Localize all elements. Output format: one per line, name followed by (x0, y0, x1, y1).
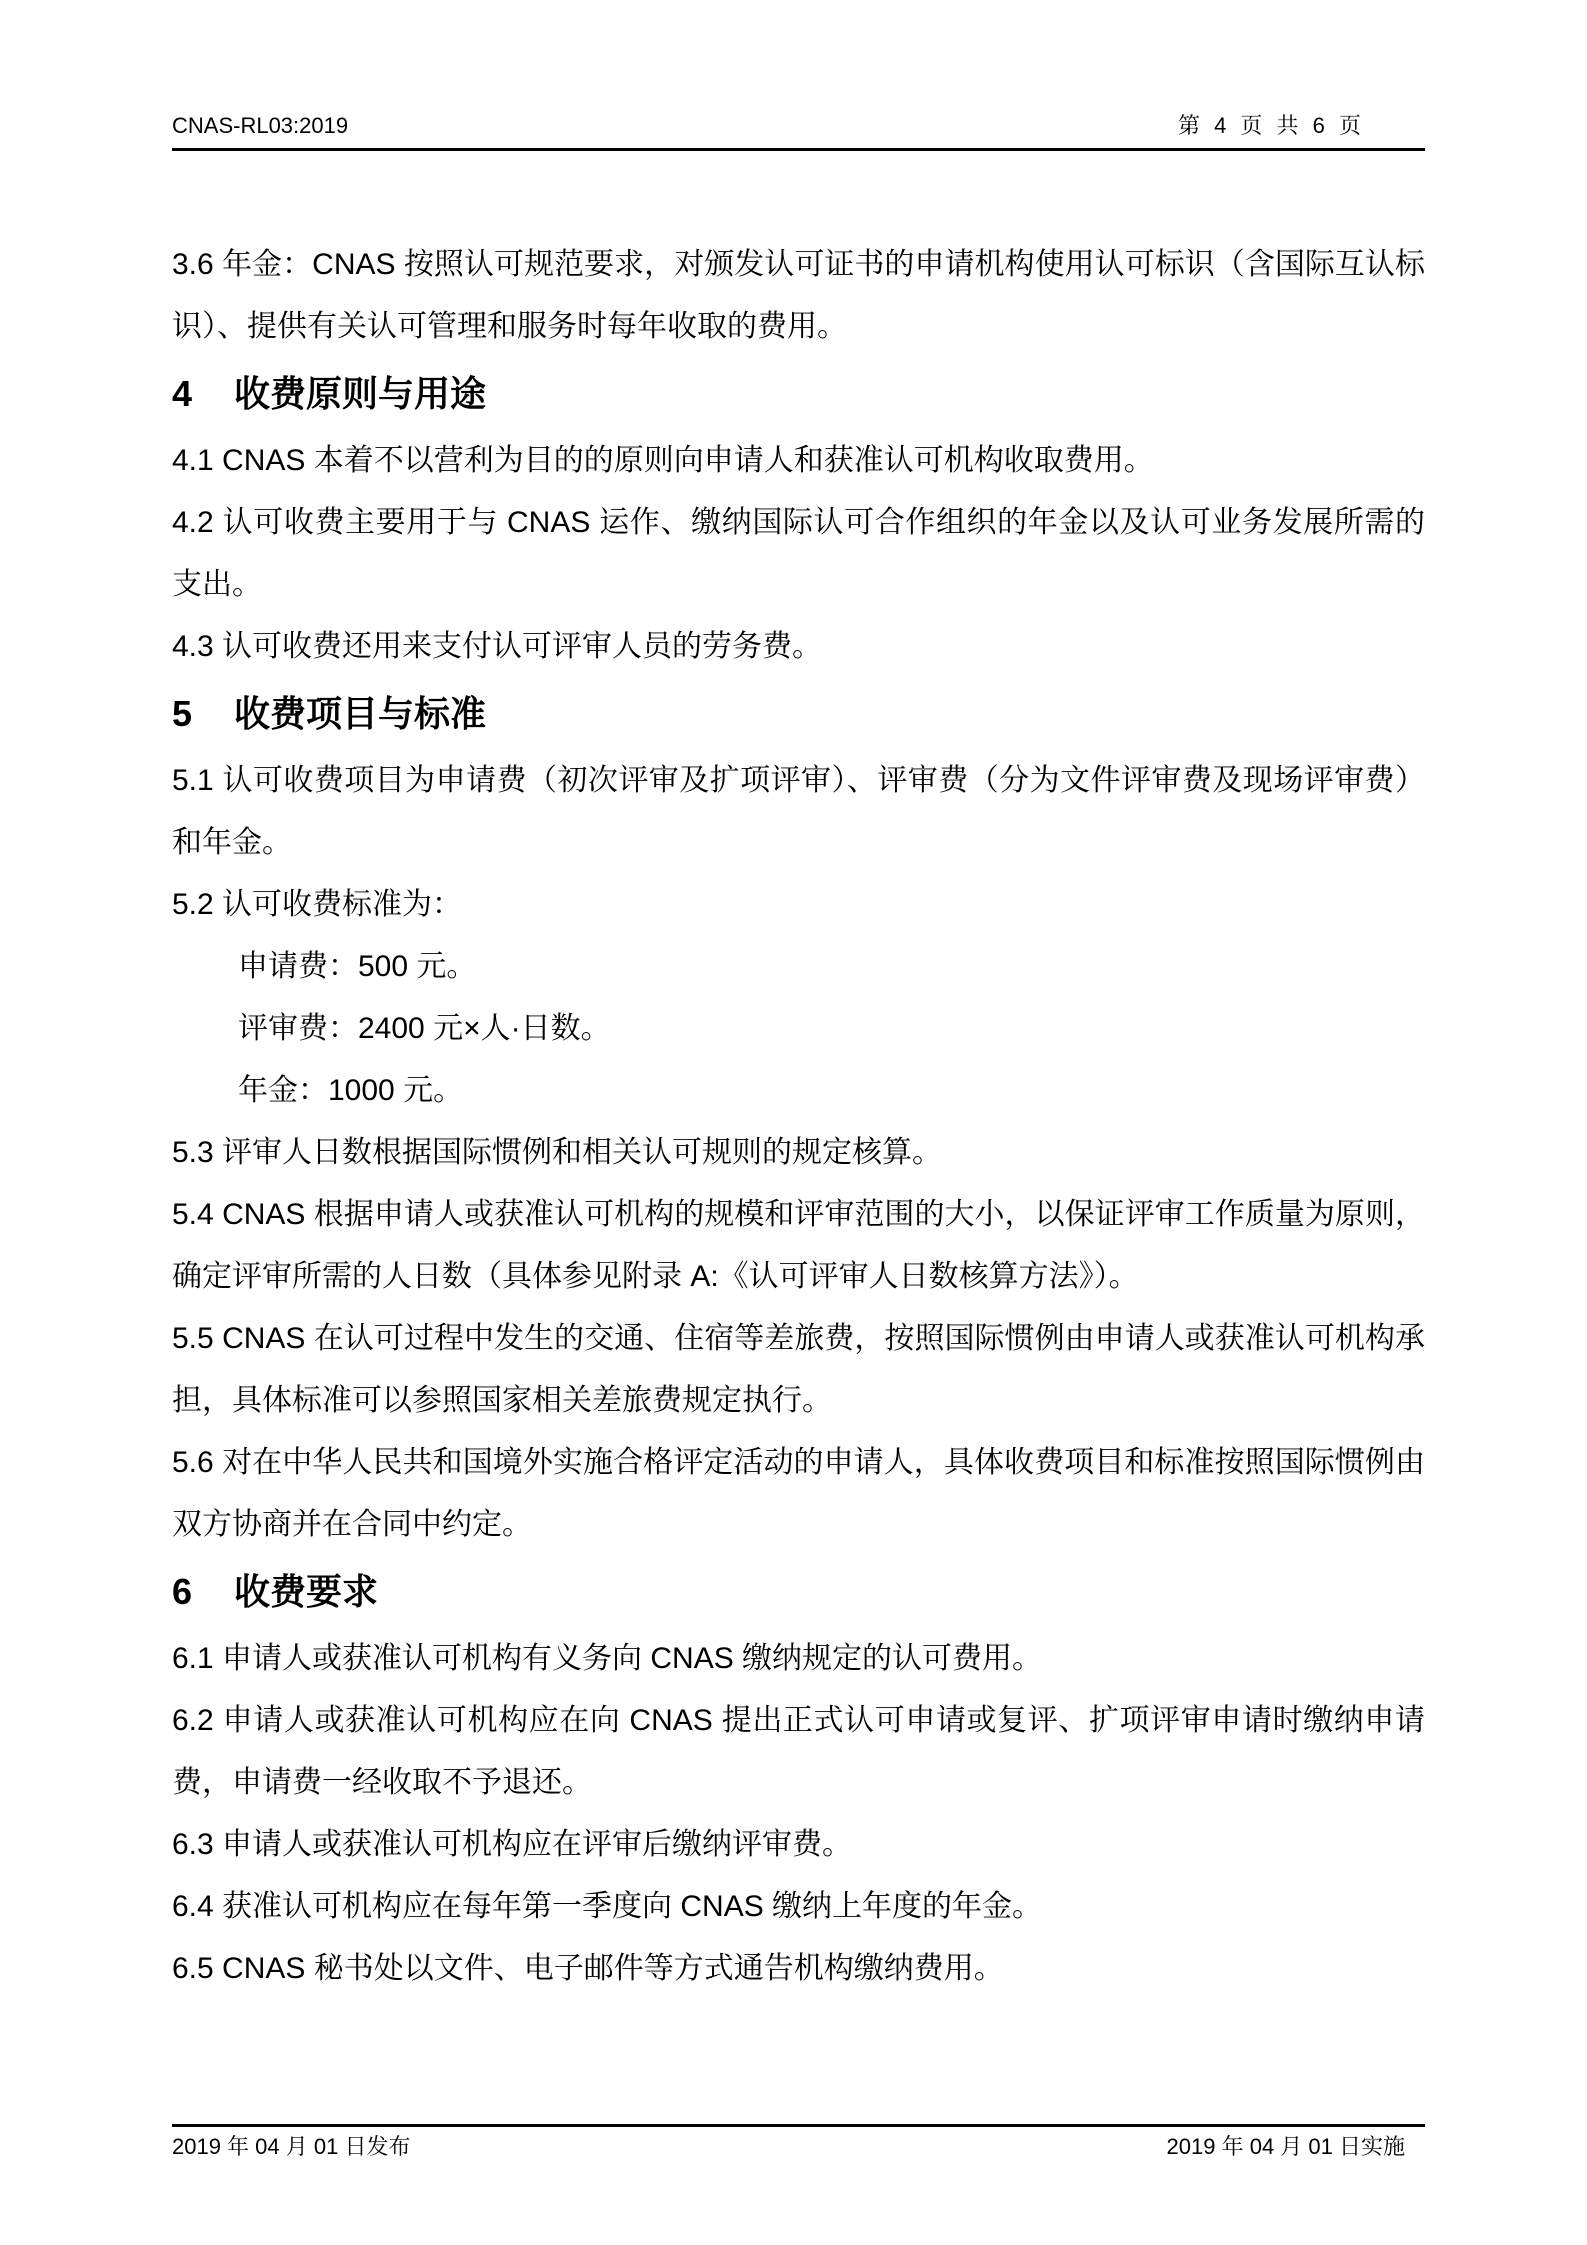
clause-6-3: 6.3 申请人或获准认可机构应在评审后缴纳评审费。 (172, 1814, 1425, 1876)
clause-3-6: 3.6 年金：CNAS 按照认可规范要求，对颁发认可证书的申请机构使用认可标识（… (172, 234, 1425, 358)
document-body: 3.6 年金：CNAS 按照认可规范要求，对颁发认可证书的申请机构使用认可标识（… (172, 234, 1425, 2000)
clause-5-6: 5.6 对在中华人民共和国境外实施合格评定活动的申请人，具体收费项目和标准按照国… (172, 1432, 1425, 1556)
clause-4-3: 4.3 认可收费还用来支付认可评审人员的劳务费。 (172, 616, 1425, 678)
section-title: 收费要求 (234, 1556, 378, 1628)
clause-6-4: 6.4 获准认可机构应在每年第一季度向 CNAS 缴纳上年度的年金。 (172, 1876, 1425, 1938)
section-number: 4 (172, 358, 234, 430)
section-title: 收费原则与用途 (234, 358, 486, 430)
clause-5-2: 5.2 认可收费标准为： (172, 874, 1425, 936)
section-number: 6 (172, 1556, 234, 1628)
effective-date: 2019 年 04 月 01 日实施 (1167, 2133, 1425, 2161)
section-title: 收费项目与标准 (234, 678, 486, 750)
clause-5-3: 5.3 评审人日数根据国际惯例和相关认可规则的规定核算。 (172, 1122, 1425, 1184)
clause-4-1: 4.1 CNAS 本着不以营利为目的的原则向申请人和获准认可机构收取费用。 (172, 430, 1425, 492)
section-number: 5 (172, 678, 234, 750)
clause-6-1: 6.1 申请人或获准认可机构有义务向 CNAS 缴纳规定的认可费用。 (172, 1628, 1425, 1690)
page-header: CNAS-RL03:2019 第 4 页 共 6 页 (172, 112, 1425, 151)
clause-6-2: 6.2 申请人或获准认可机构应在向 CNAS 提出正式认可申请或复评、扩项评审申… (172, 1690, 1425, 1814)
clause-5-4: 5.4 CNAS 根据申请人或获准认可机构的规模和评审范围的大小，以保证评审工作… (172, 1184, 1425, 1308)
fee-assessment: 评审费：2400 元×人·日数。 (172, 998, 1425, 1060)
page-footer: 2019 年 04 月 01 日发布 2019 年 04 月 01 日实施 (172, 2124, 1425, 2161)
issue-date: 2019 年 04 月 01 日发布 (172, 2133, 410, 2161)
page-indicator: 第 4 页 共 6 页 (1178, 112, 1425, 140)
section-6-heading: 6 收费要求 (172, 1556, 1425, 1628)
fee-annual: 年金：1000 元。 (172, 1060, 1425, 1122)
section-5-heading: 5 收费项目与标准 (172, 678, 1425, 750)
fee-application: 申请费：500 元。 (172, 936, 1425, 998)
clause-6-5: 6.5 CNAS 秘书处以文件、电子邮件等方式通告机构缴纳费用。 (172, 1938, 1425, 2000)
document-code: CNAS-RL03:2019 (172, 112, 348, 140)
clause-5-5: 5.5 CNAS 在认可过程中发生的交通、住宿等差旅费，按照国际惯例由申请人或获… (172, 1308, 1425, 1432)
clause-4-2: 4.2 认可收费主要用于与 CNAS 运作、缴纳国际认可合作组织的年金以及认可业… (172, 492, 1425, 616)
section-4-heading: 4 收费原则与用途 (172, 358, 1425, 430)
clause-5-1: 5.1 认可收费项目为申请费（初次评审及扩项评审）、评审费（分为文件评审费及现场… (172, 750, 1425, 874)
